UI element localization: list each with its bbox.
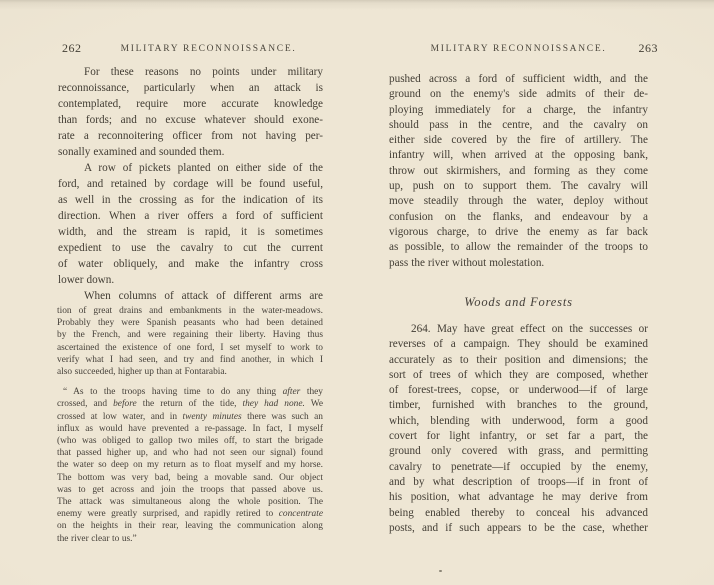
text-line: pass the river without molestation. — [389, 256, 648, 271]
text-line: When columns of attack of different arms… — [58, 288, 323, 304]
paragraph: 264. May have great effect on the succes… — [389, 322, 648, 536]
text-line: infantry will, when arrived at the oppos… — [389, 148, 648, 163]
right-page-section-body: 264. May have great effect on the succes… — [389, 322, 648, 536]
text-line: accurately as to their position and dime… — [389, 353, 648, 368]
paragraph: When columns of attack of different arms… — [58, 288, 323, 304]
text-line: ground only covered with grass, and perm… — [389, 444, 648, 459]
paragraph: “ As to the troops having time to do any… — [57, 386, 323, 545]
text-line: than fords; and no excuse whatever shoul… — [58, 112, 323, 128]
text-line: pushed across a ford of sufficient width… — [389, 72, 648, 87]
text-line: reverses of a campaign. They should be e… — [389, 337, 648, 352]
paragraph: A row of pickets planted on either side … — [58, 160, 323, 288]
text-line: Probably they were Spanish peasants who … — [57, 317, 323, 329]
text-line: confusion on the flanks, and endeavour b… — [389, 210, 648, 225]
text-line: the river clear to us.” — [57, 533, 323, 545]
book-page-scan: 262 MILITARY RECONNOISSANCE. For these r… — [0, 0, 714, 585]
text-line: throw out skirmishers, and forming as th… — [389, 164, 648, 179]
text-line: move steadily through the water, deploy … — [389, 194, 648, 209]
paragraph: For these reasons no points under milita… — [58, 64, 323, 160]
text-line: sort of trees of which they are composed… — [389, 368, 648, 383]
text-line: “ As to the troops having time to do any… — [57, 386, 323, 398]
text-line: cavalry to penetrate—if occupied by the … — [389, 460, 648, 475]
text-line: ascertained the existence of one ford, I… — [57, 342, 323, 354]
text-line: either side covered by the fire of artil… — [389, 133, 648, 148]
text-line: on the heights in their rear, leaving th… — [57, 520, 323, 532]
right-running-head: MILITARY RECONNOISSANCE. — [389, 44, 648, 54]
right-page-body: pushed across a ford of sufficient width… — [389, 72, 648, 271]
text-line: was to get across and join the troops th… — [57, 484, 323, 496]
text-line: vigorous charge, to drive the enemy as f… — [389, 225, 648, 240]
text-line: lower down. — [58, 272, 323, 288]
text-line: being enabled thereby to conceal his adv… — [389, 506, 648, 521]
text-line: For these reasons no points under milita… — [58, 64, 323, 80]
text-line: as well in the crossing as for the indic… — [58, 192, 323, 208]
text-line: of forest-trees, copse, or underwood—if … — [389, 383, 648, 398]
text-line: which, blending with underwood, form a g… — [389, 414, 648, 429]
text-line: also succeeded, higher up than at Fontar… — [57, 366, 323, 378]
text-line: direction. When a river offers a ford of… — [58, 208, 323, 224]
left-page-body: For these reasons no points under milita… — [58, 64, 323, 304]
paragraph: tion of great drains and embankments in … — [57, 305, 323, 378]
text-line: contemplated, require more accurate know… — [58, 96, 323, 112]
text-line: sonally examined and sounded them. — [58, 144, 323, 160]
text-line: ploying immediately for a charge, the in… — [389, 103, 648, 118]
left-running-head: MILITARY RECONNOISSANCE. — [58, 44, 341, 54]
text-line: ground on the enemy's side admits of the… — [389, 87, 648, 102]
paragraph: pushed across a ford of sufficient width… — [389, 72, 648, 271]
right-page-number: 263 — [630, 41, 658, 56]
text-line: enemy were greatly surprised, and rapidl… — [57, 508, 323, 520]
text-line: timber, furnished with branches to the g… — [389, 398, 648, 413]
left-page-footnote: tion of great drains and embankments in … — [57, 305, 323, 545]
section-heading: Woods and Forests — [389, 295, 648, 310]
text-line: A row of pickets planted on either side … — [58, 160, 323, 176]
text-line: (who was obliged to gallop two miles off… — [57, 435, 323, 447]
text-line: by the French, and were regaining their … — [57, 329, 323, 341]
text-line: verify what I had seen, and try and find… — [57, 354, 323, 366]
text-line: The attack was simultaneous along the wh… — [57, 496, 323, 508]
text-line: posts, and if such appears to be the cas… — [389, 521, 648, 536]
text-line: reconnoissance, particularly when an att… — [58, 80, 323, 96]
text-line: influx as would have prevented a re-pass… — [57, 423, 323, 435]
text-line: 264. May have great effect on the succes… — [389, 322, 648, 337]
text-line: The bottom was very bad, being a movable… — [57, 472, 323, 484]
text-line: his position, what advantage he may deri… — [389, 490, 648, 505]
text-line: of water obliquely, and make the infantr… — [58, 256, 323, 272]
text-line: width, and the stream is rapid, it is so… — [58, 224, 323, 240]
text-line: rate a reconnoitering officer from not h… — [58, 128, 323, 144]
scan-speck — [439, 570, 442, 572]
text-line: tion of great drains and embankments in … — [57, 305, 323, 317]
text-line: crossed at low water, and in twenty minu… — [57, 411, 323, 423]
text-line: crossed, and before the return of the ti… — [57, 398, 323, 410]
text-line: expedient to use the cavalry to cut the … — [58, 240, 323, 256]
text-line: covert for light infantry, or set far a … — [389, 429, 648, 444]
text-line: as possible, to allow the remainder of t… — [389, 240, 648, 255]
text-line: should pass in the centre, and the caval… — [389, 118, 648, 133]
text-line: that passed higher up, and who had not s… — [57, 447, 323, 459]
text-line: up, push on to support them. The cavalry… — [389, 179, 648, 194]
text-line: the water so deep on my return as to flo… — [57, 459, 323, 471]
text-line: ford, and retained by cordage will be fo… — [58, 176, 323, 192]
text-line: and by what description of troops—if in … — [389, 475, 648, 490]
